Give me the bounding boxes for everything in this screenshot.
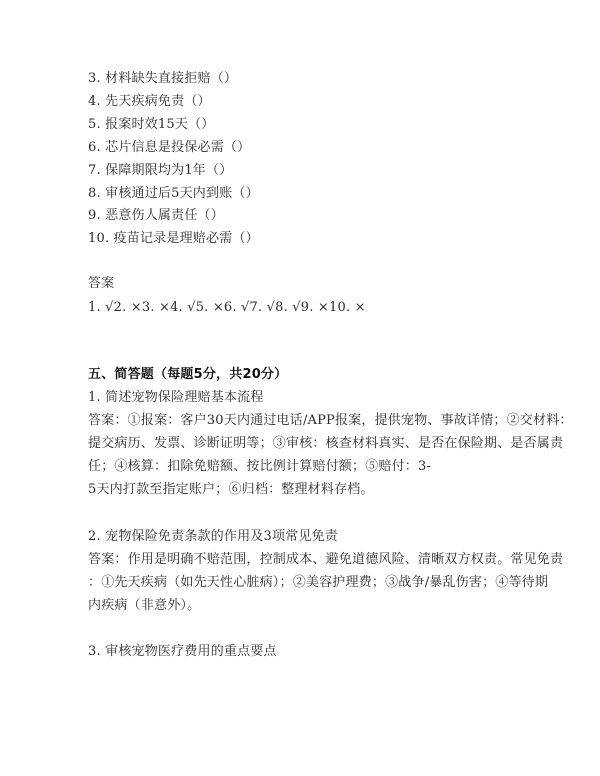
tf-answer-text: 1. √2. ×3. ×4. √5. ×6. √7. √8. √9. ×10. … <box>88 300 366 316</box>
document-page: 3. 材料缺失直接拒赔（） 4. 先天疾病免责（） 5. 报案时效15天（） 6… <box>0 0 600 776</box>
tf-question-9: 9. 恶意伤人属责任（） <box>88 208 224 224</box>
tf-question-4: 4. 先天疾病免责（） <box>88 94 211 110</box>
short-question-1: 1. 简述宠物保险理赔基本流程 <box>88 390 264 406</box>
tf-question-5: 5. 报案时效15天（） <box>88 117 214 133</box>
answer-2-line-1: 答案：作用是明确不赔范围，控制成本、避免道德风险、清晰双方权责。常见免责 <box>88 552 563 568</box>
short-question-2: 2. 宠物保险免责条款的作用及3项常见免责 <box>88 529 338 545</box>
tf-question-6: 6. 芯片信息是投保必需（） <box>88 140 250 156</box>
tf-question-3: 3. 材料缺失直接拒赔（） <box>88 71 237 87</box>
tf-answer-title: 答案 <box>88 276 114 292</box>
tf-question-8: 8. 审核通过后5天内到账（） <box>88 186 259 202</box>
answer-2-line-2: ：①先天疾病（如先天性心脏病）；②美容护理费；③战争/暴乱伤害；④等待期 <box>88 575 548 591</box>
answer-1-line-2: 提交病历、发票、诊断证明等；③审核：核查材料真实、是否在保险期、是否属责 <box>88 436 563 452</box>
tf-question-10: 10. 疫苗记录是理赔必需（） <box>88 231 259 247</box>
tf-question-7: 7. 保障期限均为1年（） <box>88 163 232 179</box>
answer-1-line-3: 任；④核算：扣除免赔额、按比例计算赔付额；⑤赔付：3- <box>88 459 431 475</box>
short-question-3: 3. 审核宠物医疗费用的重点要点 <box>88 644 277 660</box>
answer-1-line-1: 答案：①报案：客户30天内通过电话/APP报案，提供宠物、事故详情；②交材料： <box>88 413 573 429</box>
answer-1-line-4: 5天内打款至指定账户；⑥归档：整理材料存档。 <box>88 482 374 498</box>
answer-2-line-3: 内疾病（非意外）。 <box>88 598 200 614</box>
section-heading: 五、简答题（每题5分，共20分） <box>88 367 287 383</box>
